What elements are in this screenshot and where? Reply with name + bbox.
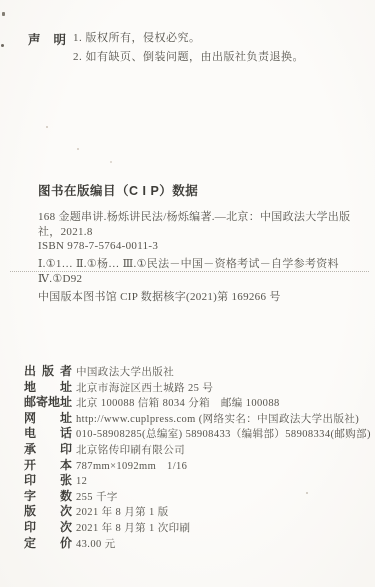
- colophon-label: 电话: [24, 424, 72, 441]
- colophon-value: 43.00 元: [76, 536, 116, 551]
- colophon-row-edition: 版次 2021 年 8 月第 1 版: [24, 502, 367, 518]
- colophon-value: 12: [76, 476, 87, 487]
- colophon-label: 邮寄地址: [24, 393, 72, 410]
- colophon-section: 出版者 中国政法大学出版社 地址 北京市海淀区西土城路 25 号 邮寄地址 北京…: [24, 362, 367, 549]
- colophon-label: 承印: [24, 440, 72, 457]
- colophon-row-price: 定价 43.00 元: [24, 534, 367, 550]
- colophon-value: 2021 年 8 月第 1 次印刷: [76, 520, 190, 535]
- colophon-label: 地址: [24, 378, 72, 395]
- colophon-label: 网址: [24, 409, 72, 426]
- colophon-row-impression: 印次 2021 年 8 月第 1 次印刷: [24, 518, 367, 534]
- cip-record-number: 中国版本图书馆 CIP 数据核字(2021)第 169266 号: [38, 290, 361, 305]
- cip-description: 168 金题串讲.杨烁讲民法/杨烁编著.—北京：中国政法大学出版社，2021.8: [38, 210, 361, 239]
- declaration-section: 声明 1. 版权所有，侵权必究。 2. 如有缺页、倒装问题，由出版社负责退换。: [28, 29, 359, 67]
- paper-speck: [110, 161, 112, 163]
- colophon-value: 255 千字: [76, 489, 118, 504]
- colophon-value: http://www.cuplpress.com (网络实名：中国政法大学出版社…: [76, 411, 359, 426]
- colophon-label: 印张: [24, 471, 72, 488]
- colophon-row-sheets: 印张 12: [24, 471, 367, 487]
- colophon-row-format: 开本 787mm×1092mm 1/16: [24, 456, 367, 472]
- colophon-label: 字数: [24, 487, 72, 504]
- colophon-label: 版次: [24, 502, 72, 519]
- colophon-row-word-count: 字数 255 千字: [24, 487, 367, 503]
- colophon-row-telephone: 电话 010-58908285(总编室) 58908433（编辑部）589083…: [24, 424, 367, 440]
- colophon-value: 北京铭传印刷有限公司: [76, 442, 185, 457]
- declaration-items: 1. 版权所有，侵权必究。 2. 如有缺页、倒装问题，由出版社负责退换。: [73, 29, 304, 67]
- colophon-value: 787mm×1092mm 1/16: [76, 458, 187, 473]
- colophon-value: 2021 年 8 月第 1 版: [76, 504, 169, 519]
- declaration-label: 声明: [28, 29, 66, 48]
- colophon-label: 定价: [24, 534, 72, 551]
- paper-speck: [46, 126, 48, 128]
- cip-title: 图书在版编目（C I P）数据: [38, 181, 361, 199]
- cip-section: 图书在版编目（C I P）数据 168 金题串讲.杨烁讲民法/杨烁编著.—北京：…: [38, 181, 361, 304]
- copyright-page: 声明 1. 版权所有，侵权必究。 2. 如有缺页、倒装问题，由出版社负责退换。 …: [0, 0, 375, 587]
- cip-isbn: ISBN 978-7-5764-0011-3: [38, 239, 361, 254]
- dotted-divider: [10, 271, 369, 272]
- paper-speck: [1, 44, 4, 47]
- colophon-label: 开本: [24, 456, 72, 473]
- declaration-item-2: 2. 如有缺页、倒装问题，由出版社负责退换。: [73, 48, 304, 67]
- declaration-item-1: 1. 版权所有，侵权必究。: [73, 29, 304, 48]
- colophon-label: 出版者: [24, 362, 72, 379]
- colophon-row-website: 网址 http://www.cuplpress.com (网络实名：中国政法大学…: [24, 409, 367, 425]
- colophon-value: 北京 100088 信箱 8034 分箱 邮编 100088: [76, 395, 280, 410]
- colophon-label: 印次: [24, 518, 72, 535]
- colophon-value: 010-58908285(总编室) 58908433（编辑部）58908334(…: [76, 426, 371, 441]
- paper-speck: [77, 148, 79, 150]
- colophon-value: 北京市海淀区西土城路 25 号: [76, 380, 213, 395]
- paper-speck: [2, 12, 5, 16]
- paper-speck: [306, 492, 308, 494]
- colophon-value: 中国政法大学出版社: [76, 364, 174, 379]
- colophon-row-mailing-address: 邮寄地址 北京 100088 信箱 8034 分箱 邮编 100088: [24, 393, 367, 409]
- colophon-row-address: 地址 北京市海淀区西土城路 25 号: [24, 378, 367, 394]
- colophon-row-publisher: 出版者 中国政法大学出版社: [24, 362, 367, 378]
- colophon-row-printer: 承印 北京铭传印刷有限公司: [24, 440, 367, 456]
